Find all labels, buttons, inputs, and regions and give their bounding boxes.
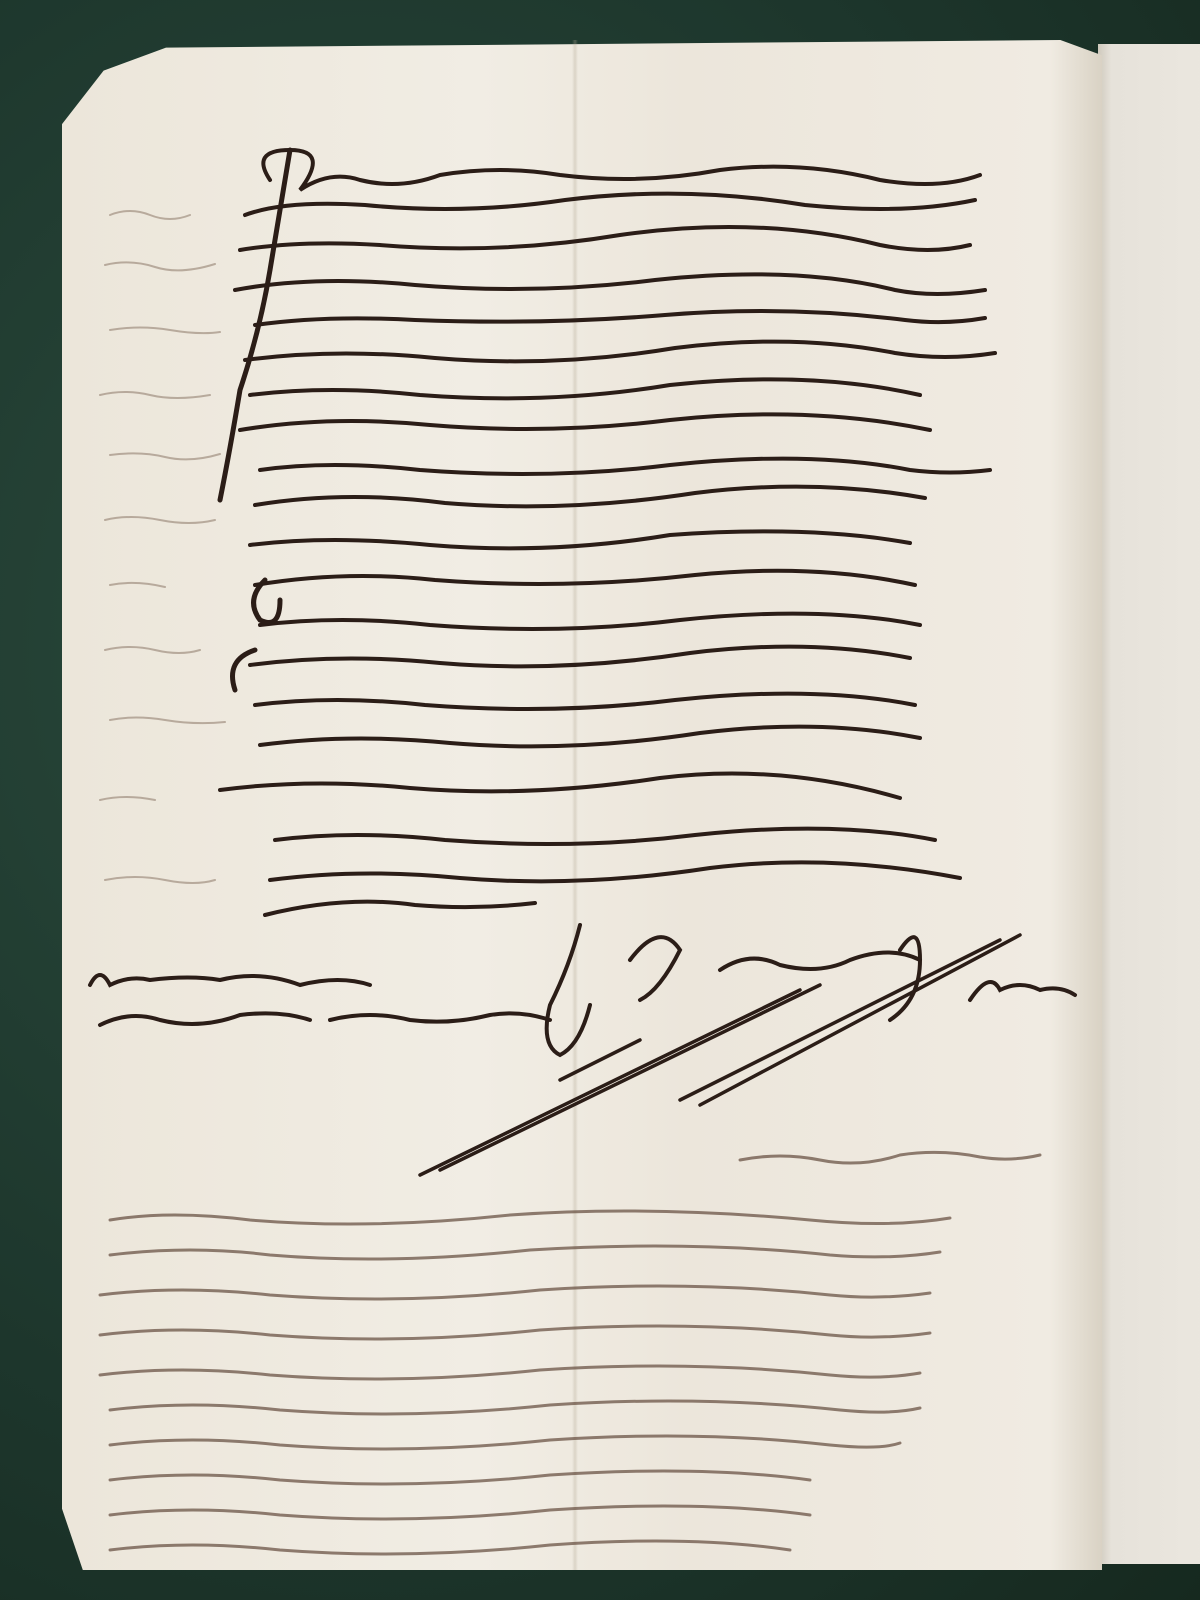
handwriting	[0, 0, 1200, 1600]
